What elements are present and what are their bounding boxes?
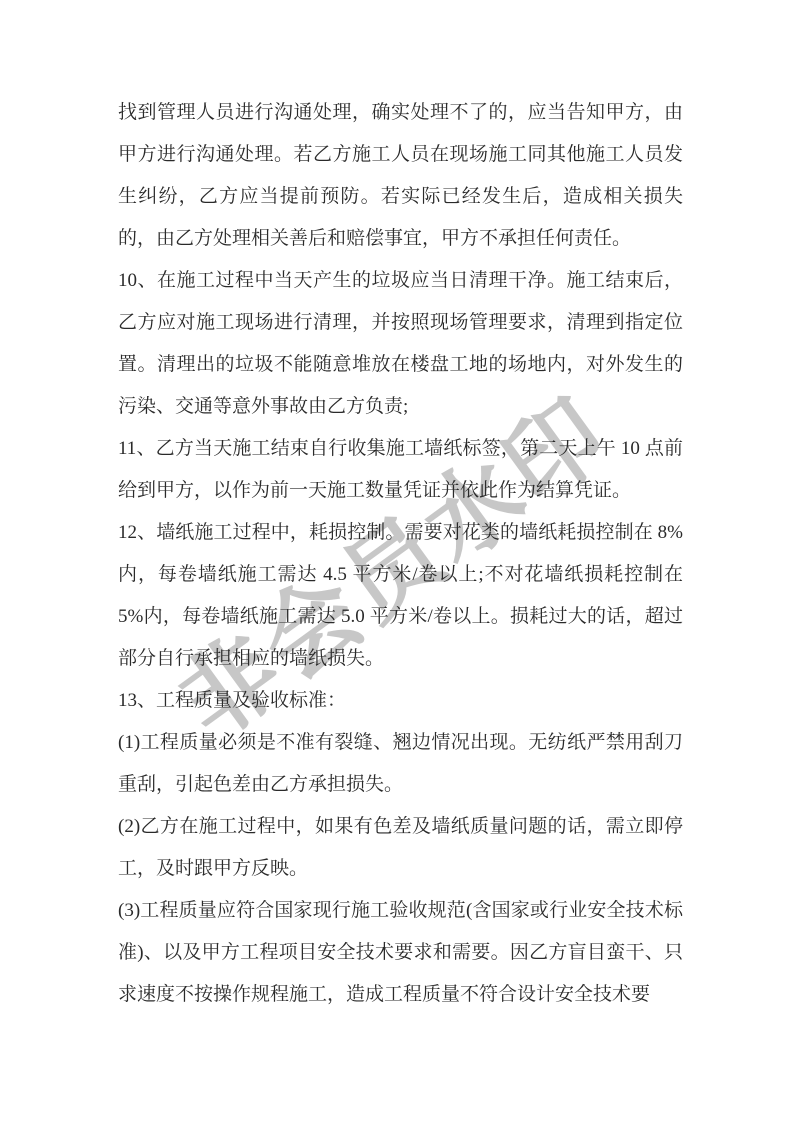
paragraph-clause-13-heading: 13、工程质量及验收标准：	[118, 680, 683, 722]
paragraph-clause-13-item-2: (2)乙方在施工过程中，如果有色差及墙纸质量问题的话，需立即停工，及时跟甲方反映…	[118, 806, 683, 890]
paragraph-clause-13-item-1: (1)工程质量必须是不准有裂缝、翘边情况出现。无纺纸严禁用刮刀重刮，引起色差由乙…	[118, 722, 683, 806]
paragraph-clause-11: 11、乙方当天施工结束自行收集施工墙纸标签，第二天上午 10 点前给到甲方，以作…	[118, 428, 683, 512]
paragraph-clause-13-item-3: (3)工程质量应符合国家现行施工验收规范(含国家或行业安全技术标准)、以及甲方工…	[118, 890, 683, 1016]
document-page: 非会员水印 找到管理人员进行沟通处理，确实处理不了的，应当告知甲方，由甲方进行沟…	[0, 0, 800, 1131]
paragraph-continuation-clause9: 找到管理人员进行沟通处理，确实处理不了的，应当告知甲方，由甲方进行沟通处理。若乙…	[118, 92, 683, 260]
paragraph-clause-12: 12、墙纸施工过程中，耗损控制。需要对花类的墙纸耗损控制在 8%内，每卷墙纸施工…	[118, 512, 683, 680]
paragraph-clause-10: 10、在施工过程中当天产生的垃圾应当日清理干净。施工结束后，乙方应对施工现场进行…	[118, 260, 683, 428]
document-body: 找到管理人员进行沟通处理，确实处理不了的，应当告知甲方，由甲方进行沟通处理。若乙…	[118, 92, 683, 1016]
